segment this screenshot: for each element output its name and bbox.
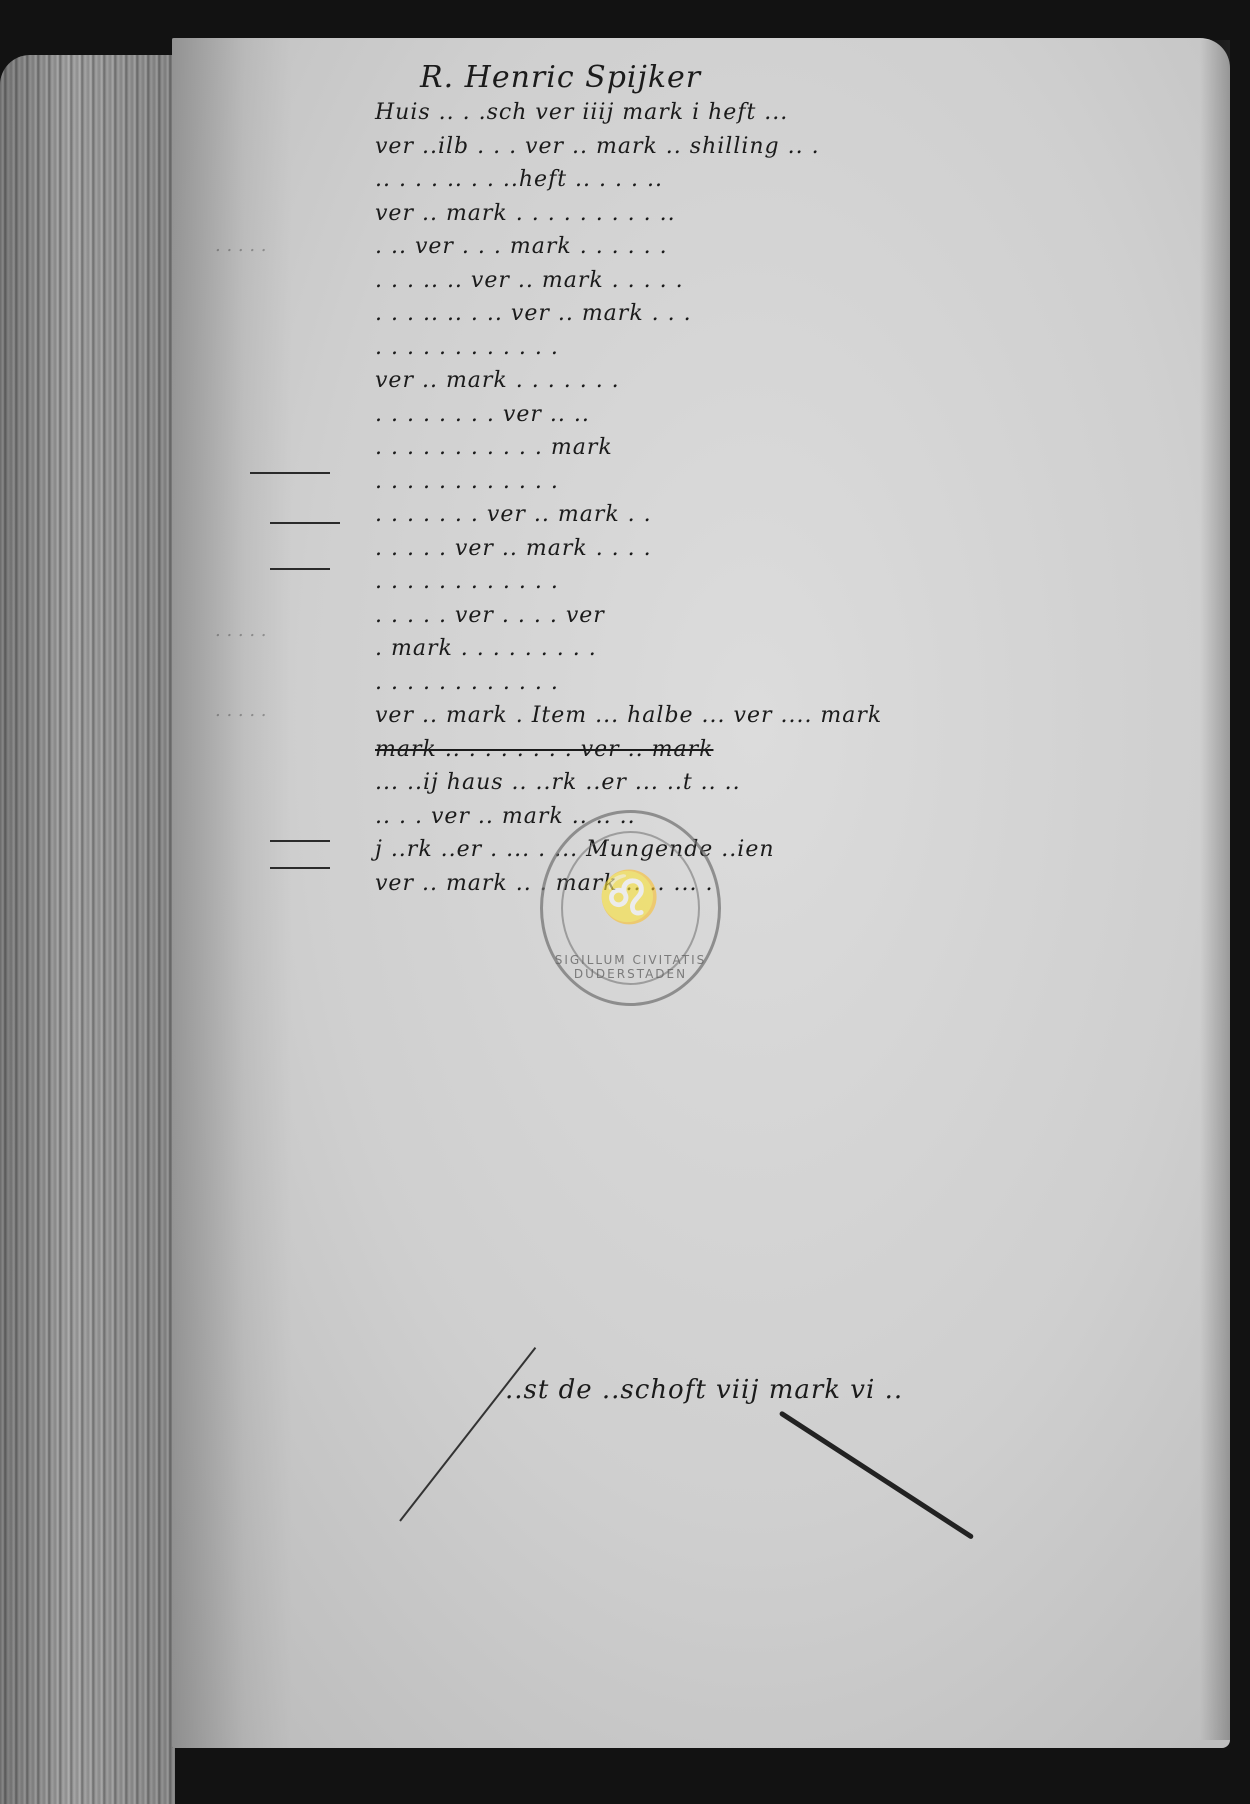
manuscript-line: . . . . . ver .. mark . . . . [375,536,652,561]
footer-total-line: ..st de ..schoft viij mark vi .. [505,1375,903,1405]
manuscript-line: . . . . . . . . ver .. .. [375,402,590,427]
manuscript-line: . . . . . . . ver .. mark . . [375,502,652,527]
manuscript-line: ... ..ij haus .. ..rk ..er ... ..t .. .. [375,770,741,795]
manuscript-line: . . . . . . . . . . . . [375,335,559,360]
page-gutter-shadow [172,38,292,1748]
margin-mark [270,522,340,524]
bleed-through-text: . . . . . [215,700,267,721]
manuscript-line: .. . . . .. . . ..heft .. . . . .. [375,167,663,192]
lion-emblem-icon: ♌ [598,868,660,927]
library-stamp-seal: ♌ SIGILLUM CIVITATIS DUDERSTADEN [540,810,721,1006]
manuscript-line: ver .. mark . . . . . . . . . .. [375,201,676,226]
manuscript-line: mark .. . . . . . . . ver .. mark [375,737,713,762]
manuscript-line: . .. ver . . . mark . . . . . . [375,234,668,259]
page-heading: R. Henric Spijker [420,60,701,95]
margin-mark [250,472,330,474]
margin-mark [270,568,330,570]
manuscript-line: . . . . . . . . . . . . [375,569,559,594]
manuscript-line: ver .. mark . Item ... halbe ... ver ...… [375,703,882,728]
manuscript-line: Huis .. . .sch ver iiij mark i heft ... [375,100,788,125]
margin-mark [270,840,330,842]
manuscript-line: . . . . . . . . . . . mark [375,435,613,460]
manuscript-line: . . . . . . . . . . . . [375,469,559,494]
manuscript-line: . . . . . . . . . . . . [375,670,559,695]
page-edges-shadow [0,55,175,1804]
bleed-through-text: . . . . . [215,620,267,641]
manuscript-line: . . . . . ver . . . . ver [375,603,605,628]
manuscript-line: . . . .. .. . .. ver .. mark . . . [375,301,692,326]
margin-mark [270,867,330,869]
page-right-edge [1200,40,1230,1740]
manuscript-line: . mark . . . . . . . . . [375,636,597,661]
bleed-through-text: . . . . . [215,235,267,256]
manuscript-line: . . . .. .. ver .. mark . . . . . [375,268,684,293]
manuscript-line: ver ..ilb . . . ver .. mark .. shilling … [375,134,820,159]
seal-text: SIGILLUM CIVITATIS DUDERSTADEN [543,953,718,981]
manuscript-line: ver .. mark . . . . . . . [375,368,620,393]
